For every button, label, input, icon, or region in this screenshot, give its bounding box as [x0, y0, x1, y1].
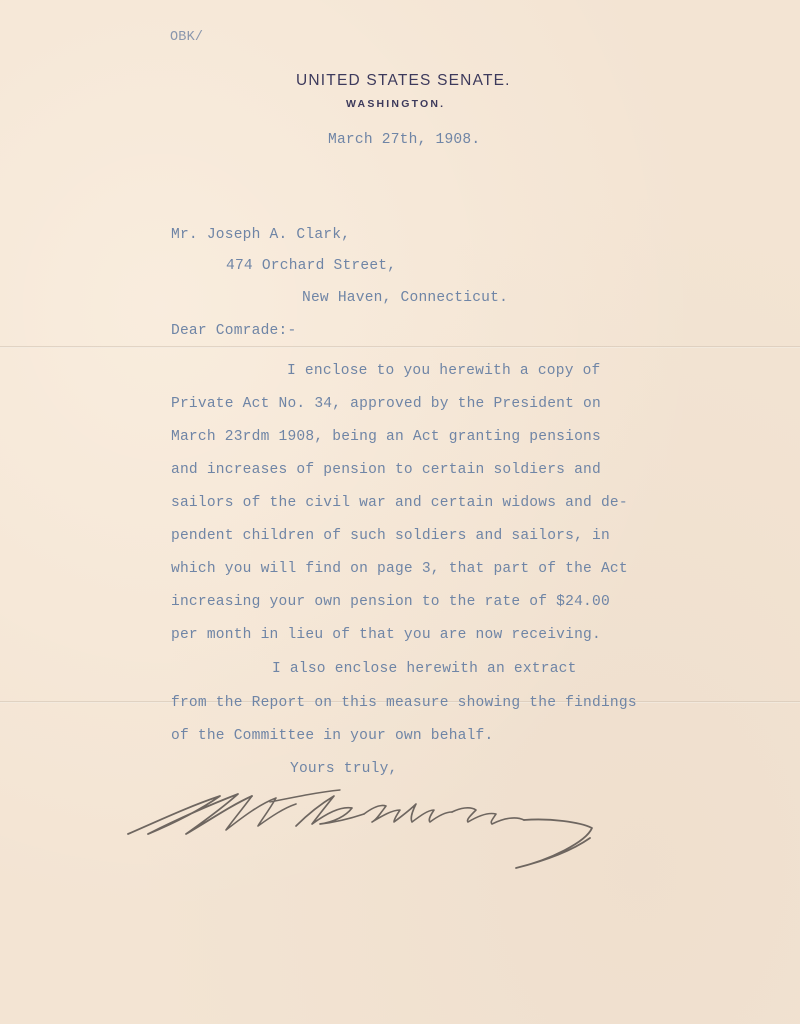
body-line: I also enclose herewith an extract	[272, 662, 577, 677]
body-line: I enclose to you herewith a copy of	[287, 364, 601, 379]
body-line: and increases of pension to certain sold…	[171, 463, 601, 478]
body-line: of the Committee in your own behalf.	[171, 729, 493, 744]
letterhead-title: UNITED STATES SENATE.	[296, 73, 511, 89]
body-line: which you will find on page 3, that part…	[171, 562, 628, 577]
recipient-city: New Haven, Connecticut.	[302, 291, 508, 306]
reference-initials: OBK/	[170, 31, 203, 45]
paper-fold-line	[0, 346, 800, 348]
closing: Yours truly,	[290, 762, 398, 777]
recipient-street: 474 Orchard Street,	[226, 259, 396, 274]
body-line: per month in lieu of that you are now re…	[171, 628, 601, 643]
letter-page: OBK/ UNITED STATES SENATE. WASHINGTON. M…	[0, 0, 800, 1024]
body-line: sailors of the civil war and certain wid…	[171, 496, 628, 511]
signature-icon	[120, 782, 620, 882]
body-line: Private Act No. 34, approved by the Pres…	[171, 397, 601, 412]
letter-date: March 27th, 1908.	[328, 133, 480, 148]
body-line: March 23rdm 1908, being an Act granting …	[171, 430, 601, 445]
body-line: increasing your own pension to the rate …	[171, 595, 610, 610]
salutation: Dear Comrade:-	[171, 324, 296, 339]
body-line: pendent children of such soldiers and sa…	[171, 529, 610, 544]
body-line: from the Report on this measure showing …	[171, 696, 637, 711]
recipient-name: Mr. Joseph A. Clark,	[171, 228, 350, 243]
letterhead-location: WASHINGTON.	[346, 99, 445, 110]
